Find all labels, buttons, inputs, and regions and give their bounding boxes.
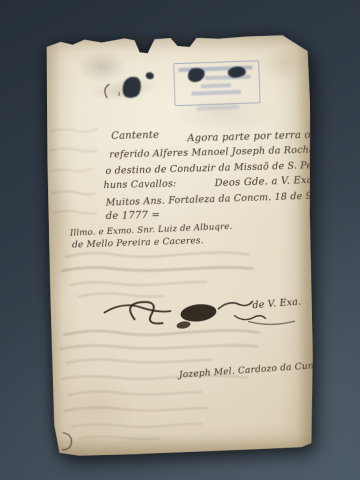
age-stain — [53, 374, 138, 445]
torn-hole — [146, 72, 154, 79]
manuscript-line: Agora parte por terra o — [187, 130, 311, 144]
archive-stamp — [173, 60, 260, 106]
paper-sheet: Cantente Agora parte por terra o referid… — [47, 33, 314, 457]
stamp-text-line — [205, 75, 251, 80]
manuscript-line: de 1777 = — [106, 210, 161, 222]
address-line: Illmo. e Exmo. Snr. Luiz de Albuqre. — [70, 222, 233, 239]
manuscript-line: huns Cavallos: — [103, 178, 176, 191]
address-line: de Mello Pereira e Caceres. — [72, 236, 204, 250]
signature: Jozeph Mel. Cardozo da Cunha — [179, 361, 326, 381]
age-stain — [262, 45, 308, 81]
manuscript-line: referido Alferes Manoel Joseph da Rocha … — [109, 144, 339, 161]
stamp-text-line — [201, 83, 231, 88]
stamp-ghost-mark — [197, 105, 239, 111]
manuscript-page: Cantente Agora parte por terra o referid… — [47, 33, 314, 457]
stamp-text-line — [191, 90, 241, 95]
closing-line: de V. Exa. — [252, 296, 302, 311]
ink-smudge — [77, 50, 127, 82]
manuscript-line: Muitos Ans. Fortaleza da Concm. 18 de 9b… — [106, 190, 333, 208]
manuscript-line: Deos Gde. a V. Exa. — [214, 175, 316, 189]
manuscript-line: Cantente — [111, 130, 159, 142]
photo-background: Cantente Agora parte por terra o referid… — [0, 0, 360, 480]
